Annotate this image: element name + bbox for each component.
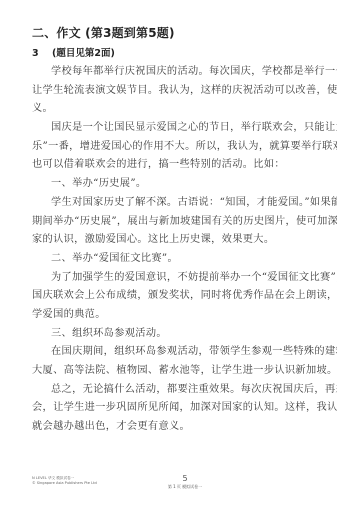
essay-line: 国庆是一个让国民显示爱国之心的节日，举行联欢会，只能让大家“欢 (32, 119, 337, 138)
essay-line: 二、举办“爱国征文比赛”。 (32, 250, 337, 269)
essay-line: 就会越办越出色，才会更有意义。 (32, 418, 337, 437)
essay-line: 也可以借着联欢会的进行，搞一些特别的活动。比如： (32, 156, 337, 175)
essay-line: 学生对国家历史了解不深。古语说：“知国，才能爱国。”如果能在国庆 (32, 194, 337, 213)
question-note: (题目见第2面) (52, 48, 115, 59)
footer-publisher: N LEVEL 华文 模拟试卷一 © Singapore Asia Publis… (32, 476, 97, 486)
essay-line: 在国庆期间，组织环岛参观活动，带领学生参观一些特殊的建筑，如国会 (32, 343, 337, 362)
document-page: 二、作文 (第3题到第5题) 3(题目见第2面) 学校每年都举行庆祝国庆的活动。… (0, 0, 360, 511)
essay-line: 一、举办“历史展”。 (32, 175, 337, 194)
essay-line: 学校每年都举行庆祝国庆的活动。每次国庆，学校都是举行一个联欢会， (32, 63, 337, 82)
section-title: 二、作文 (第3题到第5题) (32, 24, 175, 41)
essay-line: 家的认识，激励爱国心。这比上历史课，效果更大。 (32, 231, 337, 250)
essay-line: 国庆联欢会上公布成绩，颁发奖状，同时将优秀作品在会上朗读，作为其他同 (32, 287, 337, 306)
essay-line: 会，让学生进一步巩固所见所闻，加深对国家的认知。这样，我认为国庆活动 (32, 399, 337, 418)
essay-body: 学校每年都举行庆祝国庆的活动。每次国庆，学校都是举行一个联欢会，让学生轮流表演文… (32, 63, 337, 437)
footer-copyright: © Singapore Asia Publishers Pte Ltd (32, 481, 97, 486)
page-number: 5 (150, 474, 220, 484)
essay-line: 大厦、高等法院、植物园、蓄水池等，让学生进一步认识新加坡。 (32, 362, 337, 381)
essay-line: 为了加强学生的爱国意识，不妨提前举办一个“爱国征文比赛”，然后在 (32, 269, 337, 288)
question-number: 3 (32, 48, 52, 59)
essay-line: 乐”一番，增进爱国心的作用不大。所以，我认为，就算要举行联欢会，学校 (32, 138, 337, 157)
essay-line: 总之，无论搞什么活动，都要注重效果。每次庆祝国庆后，再来一个检讨 (32, 381, 337, 400)
essay-line: 学爱国的典范。 (32, 306, 337, 325)
essay-line: 三、组织环岛参观活动。 (32, 325, 337, 344)
essay-line: 期间举办“历史展”，展出与新加坡建国有关的历史图片，使可加深学生对国 (32, 213, 337, 232)
page-label: 第 1 页 模拟试卷一 (150, 484, 220, 490)
essay-line: 让学生轮流表演文娱节目。我认为，这样的庆祝活动可以改善，使它更有意 (32, 82, 337, 101)
essay-line: 义。 (32, 100, 337, 119)
question-header: 3(题目见第2面) (32, 45, 115, 59)
footer-page: 5 第 1 页 模拟试卷一 (150, 474, 220, 490)
